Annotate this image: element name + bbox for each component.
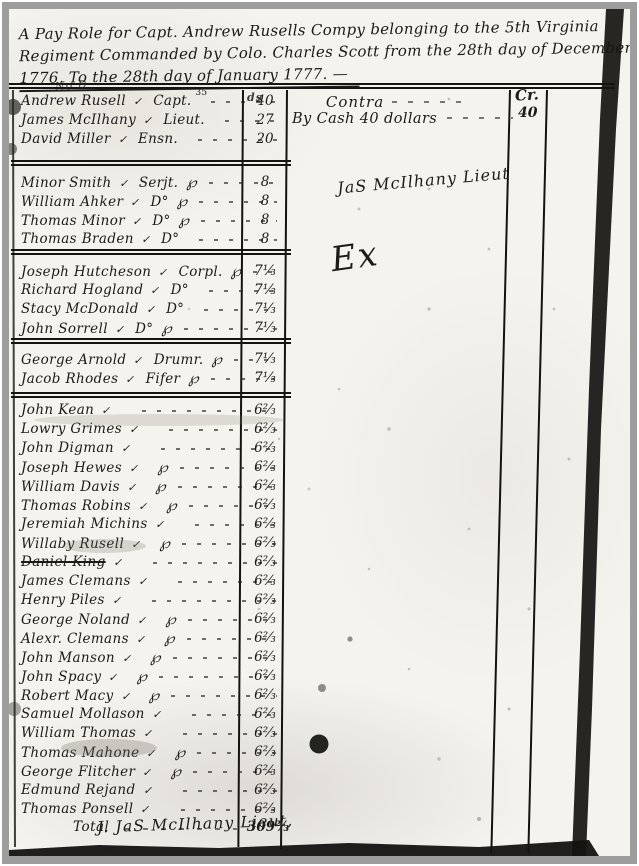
pay-amount: 6⅔ [243, 724, 287, 743]
paraph-flourish-mark: ℘ [150, 648, 160, 667]
soldier-name: Andrew Rusell [15, 92, 126, 111]
soldier-name: James McIlhany [15, 111, 136, 130]
contra-header-leader [392, 101, 462, 103]
contra-entry-label: By Cash 40 dollars [292, 111, 437, 127]
pay-amount: 8 [243, 211, 287, 230]
pay-amount: 6⅔ [243, 515, 287, 534]
credit-column-right-line [527, 90, 548, 854]
roster-row: Jeremiah Michins ✓ 6⅔ [15, 515, 287, 534]
roster-section: Joseph Hutcheson ✓ Corpl. ℘ 7⅓ Richard H… [15, 256, 287, 338]
soldier-name: Thomas Ponsell [15, 800, 133, 819]
roster-row: Thomas Mahone ✓ ℘ 6⅔ [15, 743, 287, 762]
soldier-name: Alexr. Clemans [15, 630, 129, 649]
paraph-flourish-mark: ℘ [157, 458, 167, 477]
examined-flourish: Ex [328, 234, 381, 280]
soldier-name: William Davis [15, 478, 120, 497]
muster-checkmark: ✓ [120, 439, 133, 458]
section-divider-rule [11, 392, 291, 399]
pay-amount: 7⅓ [243, 369, 287, 388]
muster-checkmark: ✓ [142, 724, 155, 743]
pay-amount: 6⅔ [243, 553, 287, 572]
muster-checkmark: ✓ [107, 668, 120, 687]
muster-checkmark: ✓ [136, 611, 149, 630]
roster-row: Andrew Rusell ✓ Capt.35 40 [15, 92, 287, 111]
soldier-name: Minor Smith [15, 174, 112, 193]
roster-row: Jacob Rhodes ✓ Fifer ℘ 7⅓ [15, 369, 287, 388]
paraph-flourish-mark: ℘ [177, 192, 187, 211]
soldier-name: George Arnold [15, 351, 126, 370]
roster-row: Thomas Robins ✓ ℘ 6⅔ [15, 496, 287, 515]
paraph-flourish-mark: ℘ [149, 686, 159, 705]
roster-row: Stacy McDonald ✓ D° 7⅓ [15, 300, 287, 319]
section-divider-rule [11, 338, 291, 345]
pay-amount: 8 [243, 192, 287, 211]
roster-row: George Noland ✓ ℘ 6⅔ [15, 610, 287, 629]
contra-header-label: Contra [326, 93, 384, 111]
paraph-flourish-mark: ℘ [231, 262, 241, 281]
paraph-flourish-mark: ℘ [155, 477, 165, 496]
muster-checkmark: ✓ [145, 744, 158, 763]
soldier-rank: Fifer [146, 370, 181, 389]
roster-row: David Miller ✓ Ensn. 20 [15, 130, 287, 149]
soldier-name: Daniel King [15, 553, 106, 572]
roster-row: Alexr. Clemans ✓ ℘ 6⅔ [15, 629, 287, 648]
muster-checkmark: ✓ [149, 281, 162, 300]
muster-checkmark: ✓ [142, 111, 155, 130]
soldier-rank: D° [161, 230, 179, 249]
paraph-flourish-mark: ℘ [165, 610, 175, 629]
paraph-flourish-mark: ℘ [137, 667, 147, 686]
document-title: A Pay Role for Capt. Andrew Rusells Comp… [19, 15, 620, 92]
muster-checkmark: ✓ [111, 591, 124, 610]
muster-checkmark: ✓ [154, 515, 167, 534]
pay-amount: 6⅔ [243, 439, 287, 458]
paraph-flourish-mark: ℘ [188, 369, 198, 388]
pay-amount: 6⅔ [243, 572, 287, 591]
muster-checkmark: ✓ [114, 320, 127, 339]
roster-section: John Kean ✓ 6⅔ Lowry Grimes ✓ 6⅔ John Di… [15, 399, 287, 819]
soldier-name: George Noland [15, 611, 130, 630]
pay-amount: 20 [243, 130, 287, 149]
soldier-name: George Flitcher [15, 763, 135, 782]
soldier-name: Samuel Mollason [15, 705, 145, 724]
paraph-flourish-mark: ℘ [186, 173, 196, 192]
roster-row: James McIlhany ✓ Lieut. 27 [15, 111, 287, 130]
roster-row: Samuel Mollason ✓ 6⅔ [15, 705, 287, 724]
soldier-rank: D° [152, 212, 170, 231]
roster-row: Lowry Grimes ✓ 6⅔ [15, 420, 287, 439]
roster-section: Andrew Rusell ✓ Capt.35 40 James McIlhan… [15, 91, 287, 160]
muster-checkmark: ✓ [137, 572, 150, 591]
pay-amount: 6⅔ [243, 420, 287, 439]
pay-amount: 7⅓ [243, 281, 287, 300]
document-page: A Pay Role for Capt. Andrew Rusells Comp… [9, 9, 630, 856]
roster-row: James Clemans ✓ 6⅔ [15, 572, 287, 591]
muster-checkmark: ✓ [112, 553, 125, 572]
roster-row: Daniel King ✓ 6⅔ [15, 553, 287, 572]
roster-row: George Arnold ✓ Drumr. ℘ 7⅓ [15, 350, 287, 369]
roster-row: John Kean ✓ 6⅔ [15, 401, 287, 420]
lieutenant-signature-middle: JaS McIlhany Lieut [337, 163, 511, 197]
muster-checkmark: ✓ [128, 459, 141, 478]
muster-checkmark: ✓ [117, 130, 130, 149]
roster-row: John Digman ✓ 6⅔ [15, 439, 287, 458]
paraph-flourish-mark: ℘ [175, 743, 185, 762]
muster-checkmark: ✓ [142, 781, 155, 800]
roster-row: John Spacy ✓ ℘ 6⅔ [15, 667, 287, 686]
marginal-note: 35 [195, 84, 207, 103]
muster-checkmark: ✓ [151, 705, 164, 724]
roster-section: George Arnold ✓ Drumr. ℘ 7⅓ Jacob Rhodes… [15, 345, 287, 392]
soldier-name: John Digman [15, 439, 114, 458]
soldier-name: John Kean [15, 401, 94, 420]
soldier-name: Joseph Hutcheson [15, 263, 151, 282]
paraph-flourish-mark: ℘ [166, 496, 176, 515]
muster-checkmark: ✓ [128, 420, 141, 439]
contra-header: Contra [309, 93, 479, 111]
muster-checkmark: ✓ [131, 212, 144, 231]
contra-entry-amount: 40 [518, 105, 537, 121]
soldier-name: William Ahker [15, 193, 123, 212]
roster-row: Joseph Hewes ✓ ℘ 6⅔ [15, 458, 287, 477]
soldier-rank: D° [171, 281, 189, 300]
pay-amount: 6⅔ [243, 610, 287, 629]
soldier-name: Thomas Mahone [15, 744, 139, 763]
roster-row: Henry Piles ✓ 6⅔ [15, 591, 287, 610]
paraph-flourish-mark: ℘ [159, 534, 169, 553]
soldier-name: Stacy McDonald [15, 300, 139, 319]
soldier-rank: Lieut. [163, 111, 204, 130]
muster-checkmark: ✓ [132, 92, 145, 111]
muster-checkmark: ✓ [121, 649, 134, 668]
paraph-flourish-mark: ℘ [179, 211, 189, 230]
paraph-flourish-mark: ℘ [212, 350, 222, 369]
soldier-name: Jeremiah Michins [15, 515, 148, 534]
soldier-name: Willaby Rusell [15, 535, 124, 554]
roster-row: Thomas Braden ✓ D° 8 [15, 230, 287, 249]
pay-amount: 7⅓ [243, 319, 287, 338]
muster-checkmark: ✓ [129, 193, 142, 212]
credit-column-left-line [490, 90, 511, 854]
pay-amount: 6⅔ [243, 781, 287, 800]
muster-checkmark: ✓ [137, 497, 150, 516]
pay-amount: 6⅔ [243, 534, 287, 553]
soldier-name: James Clemans [15, 572, 131, 591]
soldier-rank: Ensn. [138, 130, 178, 149]
soldier-rank: Drumr. [154, 351, 204, 370]
roster-sections: Andrew Rusell ✓ Capt.35 40 James McIlhan… [15, 91, 287, 839]
muster-checkmark: ✓ [132, 351, 145, 370]
roster-row: Edmund Rejand ✓ 6⅔ [15, 781, 287, 800]
roster-row: Minor Smith ✓ Serjt. ℘ 8 [15, 173, 287, 192]
contra-entry: By Cash 40 dollars [292, 111, 513, 127]
pay-amount: 7⅓ [243, 262, 287, 281]
roster-row: Robert Macy ✓ ℘ 6⅔ [15, 686, 287, 705]
soldier-name: Joseph Hewes [15, 459, 122, 478]
soldier-name: Edmund Rejand [15, 781, 136, 800]
soldier-rank: Serjt. [139, 174, 178, 193]
pay-amount: 6⅔ [243, 496, 287, 515]
muster-checkmark: ✓ [140, 230, 153, 249]
roster-row: John Manson ✓ ℘ 6⅔ [15, 648, 287, 667]
section-divider-rule [11, 160, 291, 167]
pay-amount: 7⅓ [243, 350, 287, 369]
soldier-rank: Corpl. [179, 263, 223, 282]
paraph-flourish-mark: ℘ [164, 629, 174, 648]
pay-amount: 8 [243, 173, 287, 192]
roster-row: William Ahker ✓ D° ℘ 8 [15, 192, 287, 211]
roster-row: Richard Hogland ✓ D° 7⅓ [15, 281, 287, 300]
roster-section: Minor Smith ✓ Serjt. ℘ 8 William Ahker ✓… [15, 167, 287, 249]
muster-checkmark: ✓ [135, 630, 148, 649]
muster-checkmark: ✓ [157, 263, 170, 282]
soldier-name: Lowry Grimes [15, 420, 122, 439]
paraph-flourish-mark: ℘ [171, 762, 181, 781]
soldier-name: Thomas Braden [15, 230, 134, 249]
roster-row: William Thomas ✓ 6⅔ [15, 724, 287, 743]
pay-amount: 6⅔ [243, 762, 287, 781]
pay-amount: 6⅔ [243, 667, 287, 686]
roster-row: Joseph Hutcheson ✓ Corpl. ℘ 7⅓ [15, 262, 287, 281]
roster-row: William Davis ✓ ℘ 6⅔ [15, 477, 287, 496]
credit-column-header: Cr. [515, 85, 540, 104]
soldier-name: Henry Piles [15, 591, 105, 610]
pay-amount: 6⅔ [243, 401, 287, 420]
soldier-rank: D° [135, 320, 153, 339]
pay-amount: 6⅔ [243, 743, 287, 762]
muster-checkmark: ✓ [130, 535, 143, 554]
pay-amount: 6⅔ [243, 477, 287, 496]
soldier-name: John Sorrell [15, 320, 108, 339]
soldier-rank: Capt.35 [153, 92, 191, 111]
soldier-name: Jacob Rhodes [15, 370, 118, 389]
section-divider-rule [11, 249, 291, 256]
muster-checkmark: ✓ [124, 370, 137, 389]
soldier-name: John Manson [15, 649, 115, 668]
soldier-name: Robert Macy [15, 687, 114, 706]
contra-entry-leader [447, 117, 513, 119]
pay-amount: 6⅔ [243, 705, 287, 724]
roster-row: Thomas Minor ✓ D° ℘ 8 [15, 211, 287, 230]
soldier-rank: D° [166, 300, 184, 319]
soldier-name: William Thomas [15, 724, 136, 743]
pay-amount: 6⅔ [243, 629, 287, 648]
soldier-name: John Spacy [15, 668, 101, 687]
soldier-name: Richard Hogland [15, 281, 143, 300]
soldier-name: Thomas Minor [15, 212, 125, 231]
pay-amount: 7⅓ [243, 300, 287, 319]
pay-amount: 6⅔ [243, 458, 287, 477]
soldier-name: Thomas Robins [15, 497, 131, 516]
soldier-name: David Miller [15, 130, 111, 149]
roster-row: Willaby Rusell ✓ ℘ 6⅔ [15, 534, 287, 553]
muster-checkmark: ✓ [145, 300, 158, 319]
roster-row: George Flitcher ✓ ℘ 6⅔ [15, 762, 287, 781]
muster-checkmark: ✓ [126, 478, 139, 497]
pay-amount: 27 [243, 111, 287, 130]
muster-checkmark: ✓ [100, 401, 113, 420]
pay-amount: 40 [243, 92, 287, 111]
pay-amount: 6⅔ [243, 686, 287, 705]
soldier-rank: D° [151, 193, 169, 212]
paraph-flourish-mark: ℘ [161, 319, 171, 338]
pay-amount: 6⅔ [243, 591, 287, 610]
pay-amount: 6⅔ [243, 648, 287, 667]
muster-checkmark: ✓ [120, 687, 133, 706]
pay-amount: 8 [243, 230, 287, 249]
roster-row: John Sorrell ✓ D° ℘ 7⅓ [15, 319, 287, 338]
muster-checkmark: ✓ [118, 174, 131, 193]
muster-checkmark: ✓ [141, 763, 154, 782]
